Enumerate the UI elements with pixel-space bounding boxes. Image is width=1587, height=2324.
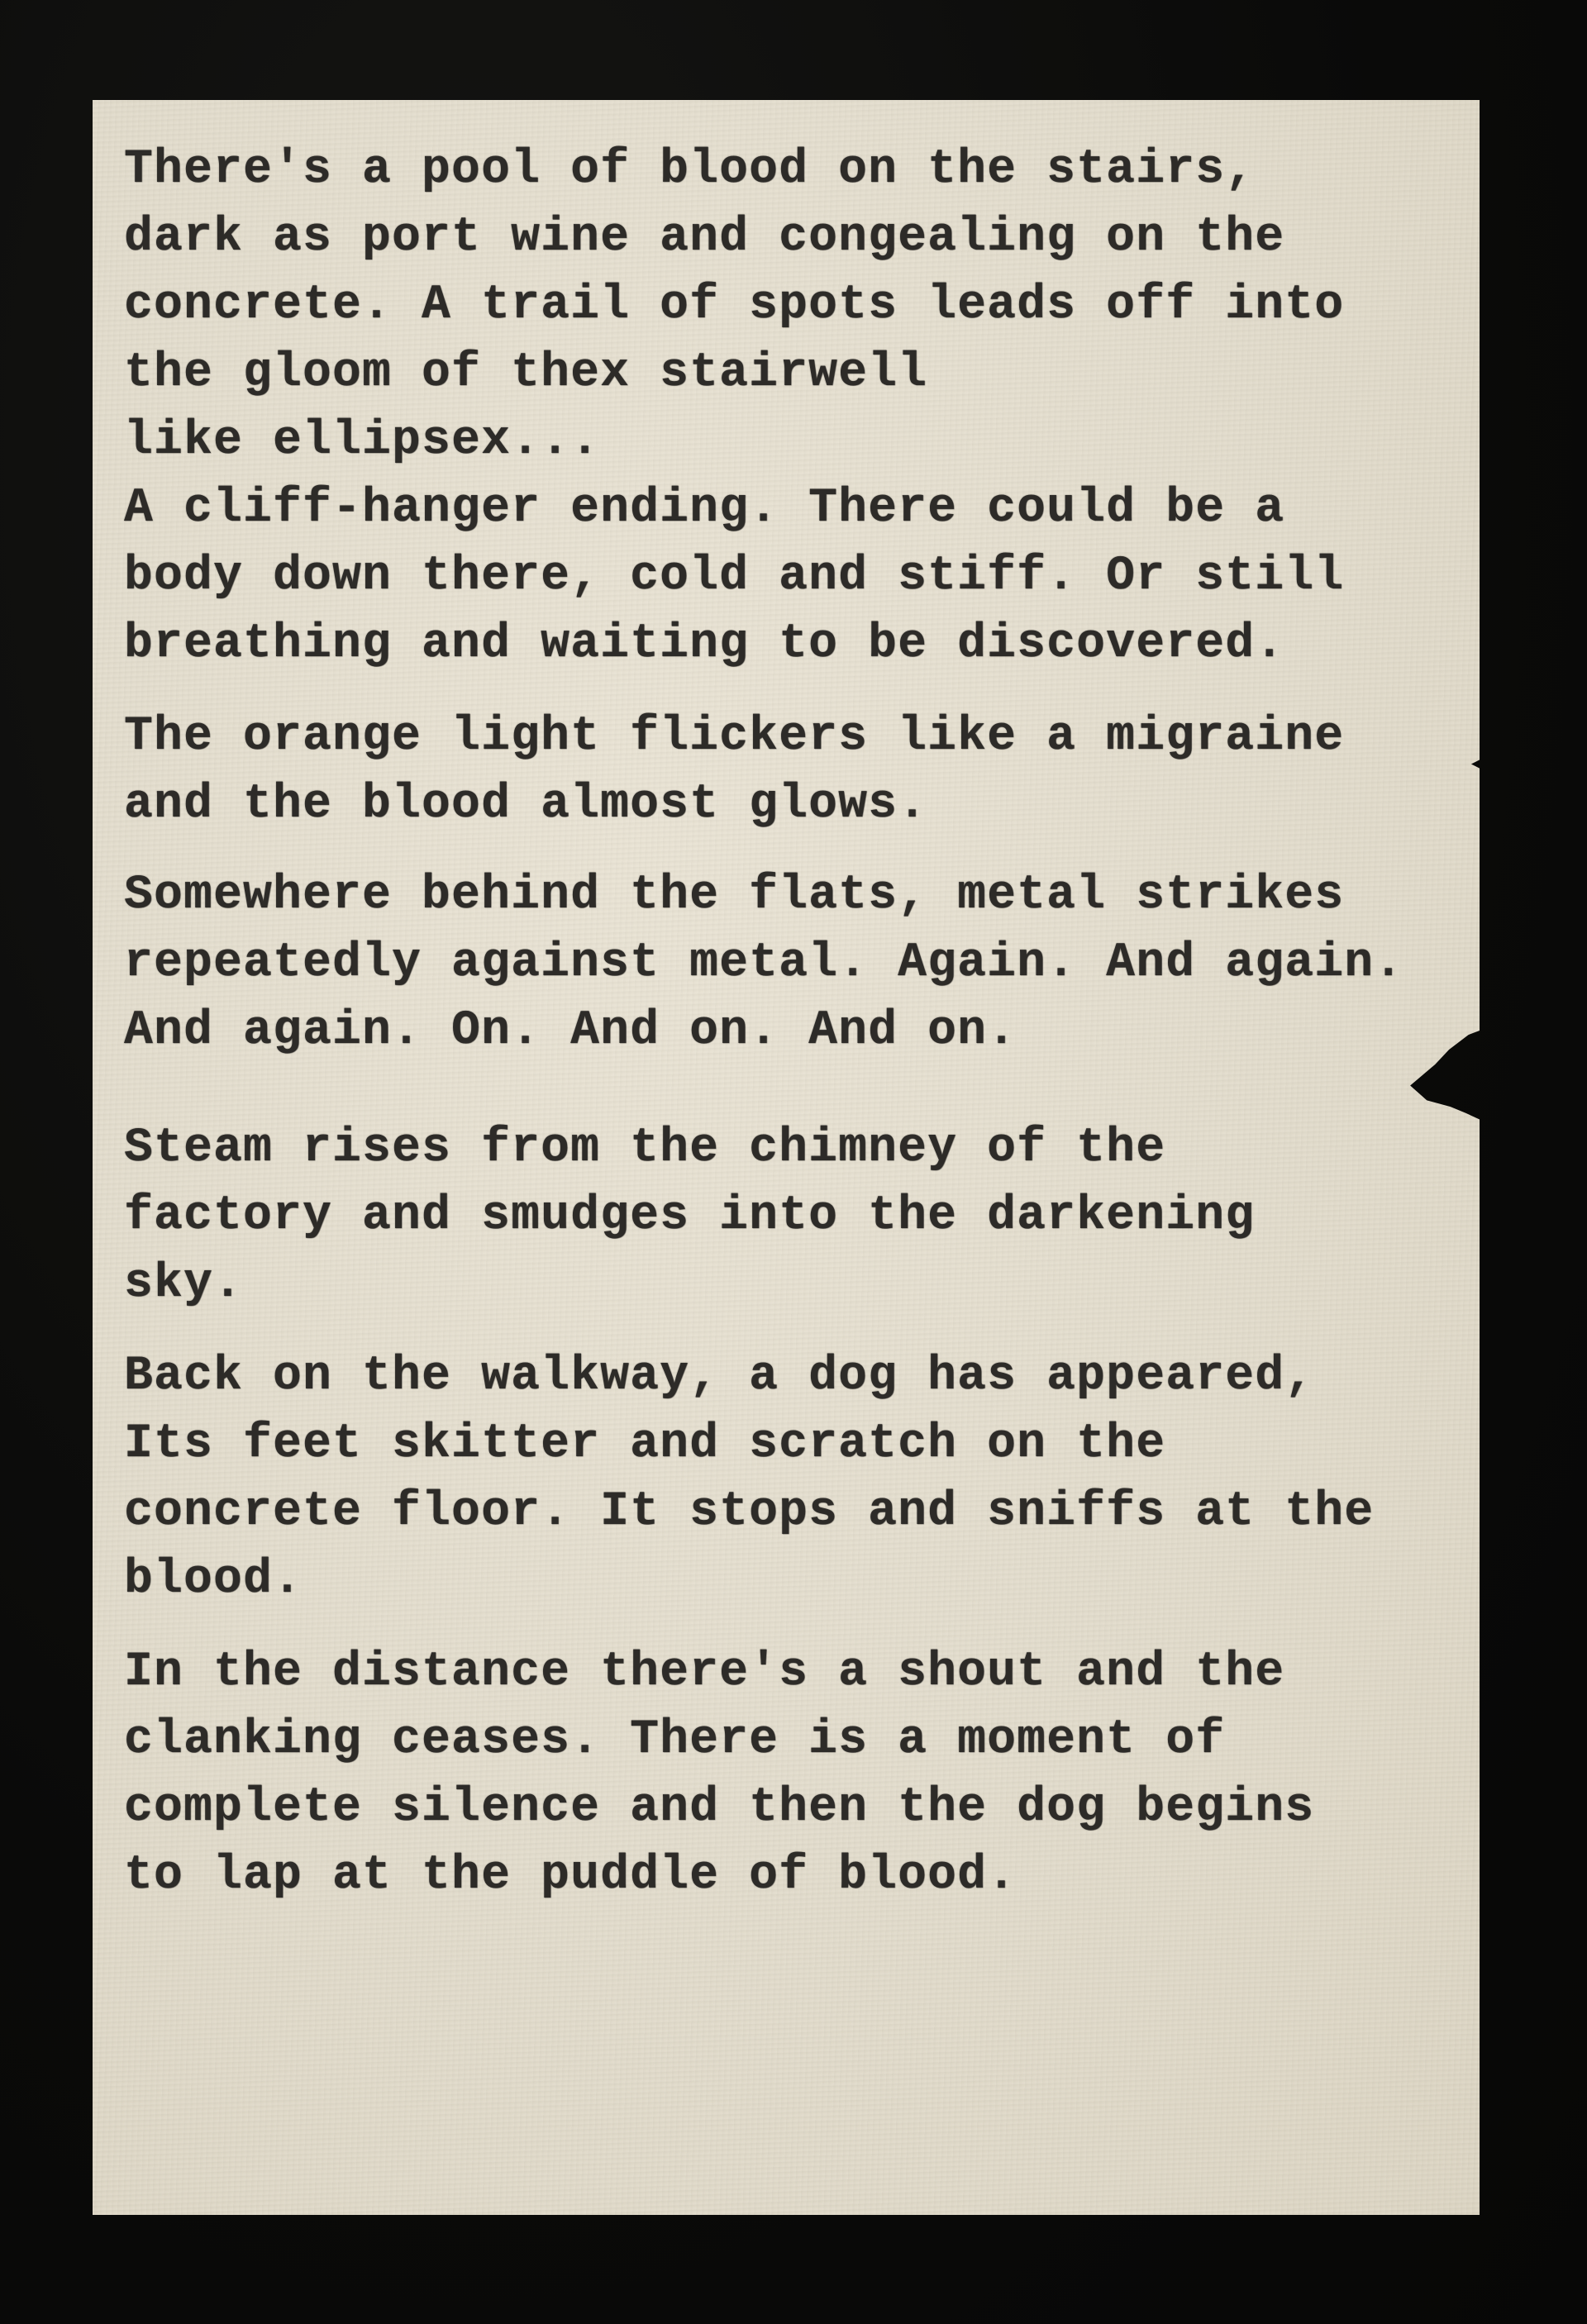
paragraph-spacer xyxy=(124,1318,1347,1343)
text-line: Back on the walkway, a dog has appeared, xyxy=(124,1343,1347,1411)
text-line: breathing and waiting to be discovered. xyxy=(124,611,1347,679)
text-line: the gloom of thex stairwell xyxy=(124,340,1347,407)
text-line: like ellipsex... xyxy=(124,407,1347,475)
text-line: In the distance there's a shout and the xyxy=(124,1639,1347,1707)
text-line: Somewhere behind the flats, metal strike… xyxy=(124,862,1347,930)
text-line: body down there, cold and stiff. Or stil… xyxy=(124,543,1347,611)
paragraph-cliff-hanger: A cliff-hanger ending. There could be a … xyxy=(124,475,1347,679)
text-line: concrete floor. It stops and sniffs at t… xyxy=(124,1479,1347,1546)
paragraph-metal-strikes: Somewhere behind the flats, metal strike… xyxy=(124,862,1347,1065)
text-line: factory and smudges into the darkening xyxy=(124,1183,1347,1250)
text-line: to lap at the puddle of blood. xyxy=(124,1842,1347,1910)
text-line: dark as port wine and congealing on the xyxy=(124,204,1347,272)
text-line: concrete. A trail of spots leads off int… xyxy=(124,272,1347,340)
text-line: There's a pool of blood on the stairs, xyxy=(124,136,1347,204)
paragraph-distance-shout: In the distance there's a shout and the … xyxy=(124,1639,1347,1910)
text-line: clanking ceases. There is a moment of xyxy=(124,1707,1347,1774)
paragraph-orange-light: The orange light flickers like a migrain… xyxy=(124,703,1347,839)
text-line: Its feet skitter and scratch on the xyxy=(124,1411,1347,1479)
paragraph-spacer xyxy=(124,1065,1347,1115)
paragraph-steam-rises: Steam rises from the chimney of the fact… xyxy=(124,1115,1347,1318)
paragraph-spacer xyxy=(124,839,1347,862)
text-line: A cliff-hanger ending. There could be a xyxy=(124,475,1347,543)
text-line: repeatedly against metal. Again. And aga… xyxy=(124,930,1347,998)
text-line: complete silence and then the dog begins xyxy=(124,1774,1347,1842)
text-line: And again. On. And on. And on. xyxy=(124,998,1347,1065)
paragraph-blood-on-stairs: There's a pool of blood on the stairs, d… xyxy=(124,136,1347,475)
text-line: The orange light flickers like a migrain… xyxy=(124,703,1347,771)
text-line: blood. xyxy=(124,1546,1347,1614)
typewritten-text-body: There's a pool of blood on the stairs, d… xyxy=(124,136,1347,1910)
text-line: sky. xyxy=(124,1250,1347,1318)
text-line: and the blood almost glows. xyxy=(124,771,1347,839)
paragraph-spacer xyxy=(124,679,1347,703)
paragraph-dog-appeared: Back on the walkway, a dog has appeared,… xyxy=(124,1343,1347,1614)
paragraph-spacer xyxy=(124,1614,1347,1639)
text-line: Steam rises from the chimney of the xyxy=(124,1115,1347,1183)
